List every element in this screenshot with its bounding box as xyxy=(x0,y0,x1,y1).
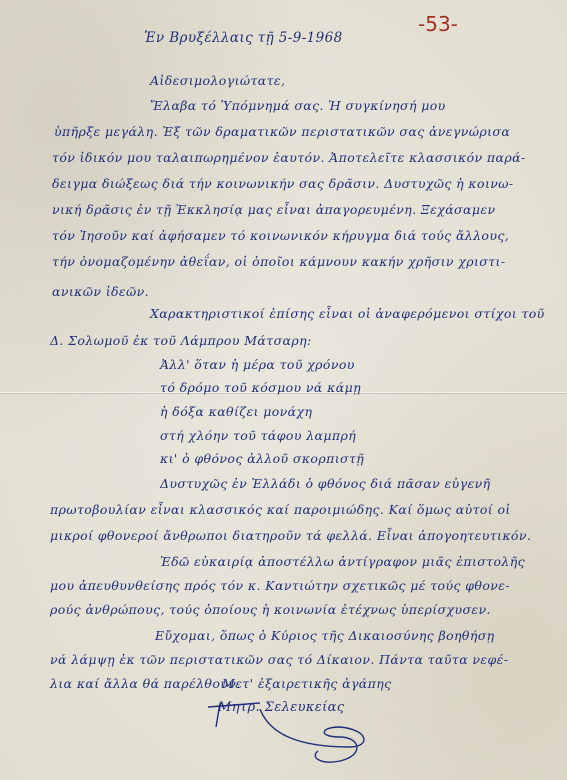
body-line: μικροί φθονεροί ἄνθρωποι διατηροῦν τά φε… xyxy=(50,528,531,544)
body-line: Ἔλαβα τό Ὑπόμνημά σας. Ἡ συγκίνησή μου xyxy=(150,98,446,114)
body-line: ανικῶν ἰδεῶν. xyxy=(52,284,149,300)
body-line: Δ. Σολωμοῦ ἐκ τοῦ Λάμπρου Μάτσαρη: xyxy=(50,333,312,349)
body-line: τόν Ἰησοῦν καί ἀφήσαμεν τό κοινωνικόν κή… xyxy=(52,228,509,244)
verse-line: ἡ δόξα καθίζει μονάχη xyxy=(160,404,312,420)
verse-line: τό δρόμο τοῦ κόσμου νά κάμῃ xyxy=(160,380,361,396)
body-line: νά λάμψῃ ἐκ τῶν περιστατικῶν σας τό Δίκα… xyxy=(50,652,508,668)
letter-page: -53- Ἐν Βρυξέλλαις τῇ 5-9-1968 Αἰδεσιμολ… xyxy=(0,0,567,780)
body-line: πρωτοβουλίαν εἶναι κλασσικός καί παροιμι… xyxy=(50,502,511,518)
body-line: δειγμα διώξεως διά τήν κοινωνικήν σας δρ… xyxy=(52,176,513,192)
verse-line: στή χλόην τοῦ τάφου λαμπρή xyxy=(160,428,356,444)
body-line: Χαρακτηριστικοί ἐπίσης εἶναι οἱ ἀναφερόμ… xyxy=(150,306,545,322)
salutation: Αἰδεσιμολογιώτατε, xyxy=(150,73,285,89)
body-line: Εὔχομαι, ὅπως ὁ Κύριος τῆς Δικαιοσύνης β… xyxy=(155,628,495,644)
body-line: νική δρᾶσις ἐν τῇ Ἐκκλησίᾳ μας εἶναι ἀπα… xyxy=(52,202,495,218)
place-date: Ἐν Βρυξέλλαις τῇ 5-9-1968 xyxy=(144,30,343,46)
page-number: -53- xyxy=(418,12,458,36)
body-line: μου ἀπευθυνθείσης πρός τόν κ. Καντιώτην … xyxy=(50,578,510,594)
body-line: Δυστυχῶς ἐν Ἑλλάδι ὁ φθόνος διά πᾶσαν εὐ… xyxy=(160,476,491,492)
body-line: λια καί ἄλλα θά παρέλθουν. xyxy=(50,676,241,692)
verse-line: Ἀλλ' ὅταν ἡ μέρα τοῦ χρόνου xyxy=(160,357,355,373)
signature-flourish-icon xyxy=(200,695,400,775)
body-line: τόν ἰδικόν μου ταλαιπωρημένον ἑαυτόν. Ἀπ… xyxy=(52,150,526,166)
body-line: ρούς ἀνθρώπους, τούς ὁποίους ἡ κοινωνία … xyxy=(50,602,491,618)
verse-line: κι' ὁ φθόνος ἀλλοῦ σκορπιστῇ xyxy=(160,451,364,467)
body-line: Ἐδῶ εὐκαιρίᾳ ἀποστέλλω ἀντίγραφον μιᾶς ἐ… xyxy=(160,554,525,570)
closing: Μετ' ἐξαιρετικῆς ἀγάπης xyxy=(222,676,392,692)
body-line: ὑπῆρξε μεγάλη. Ἐξ τῶν δραματικῶν περιστα… xyxy=(54,124,510,140)
body-line: τήν ὀνομαζομένην ἀθεΐαν, οἱ ὁποῖοι κάμνο… xyxy=(52,254,505,270)
